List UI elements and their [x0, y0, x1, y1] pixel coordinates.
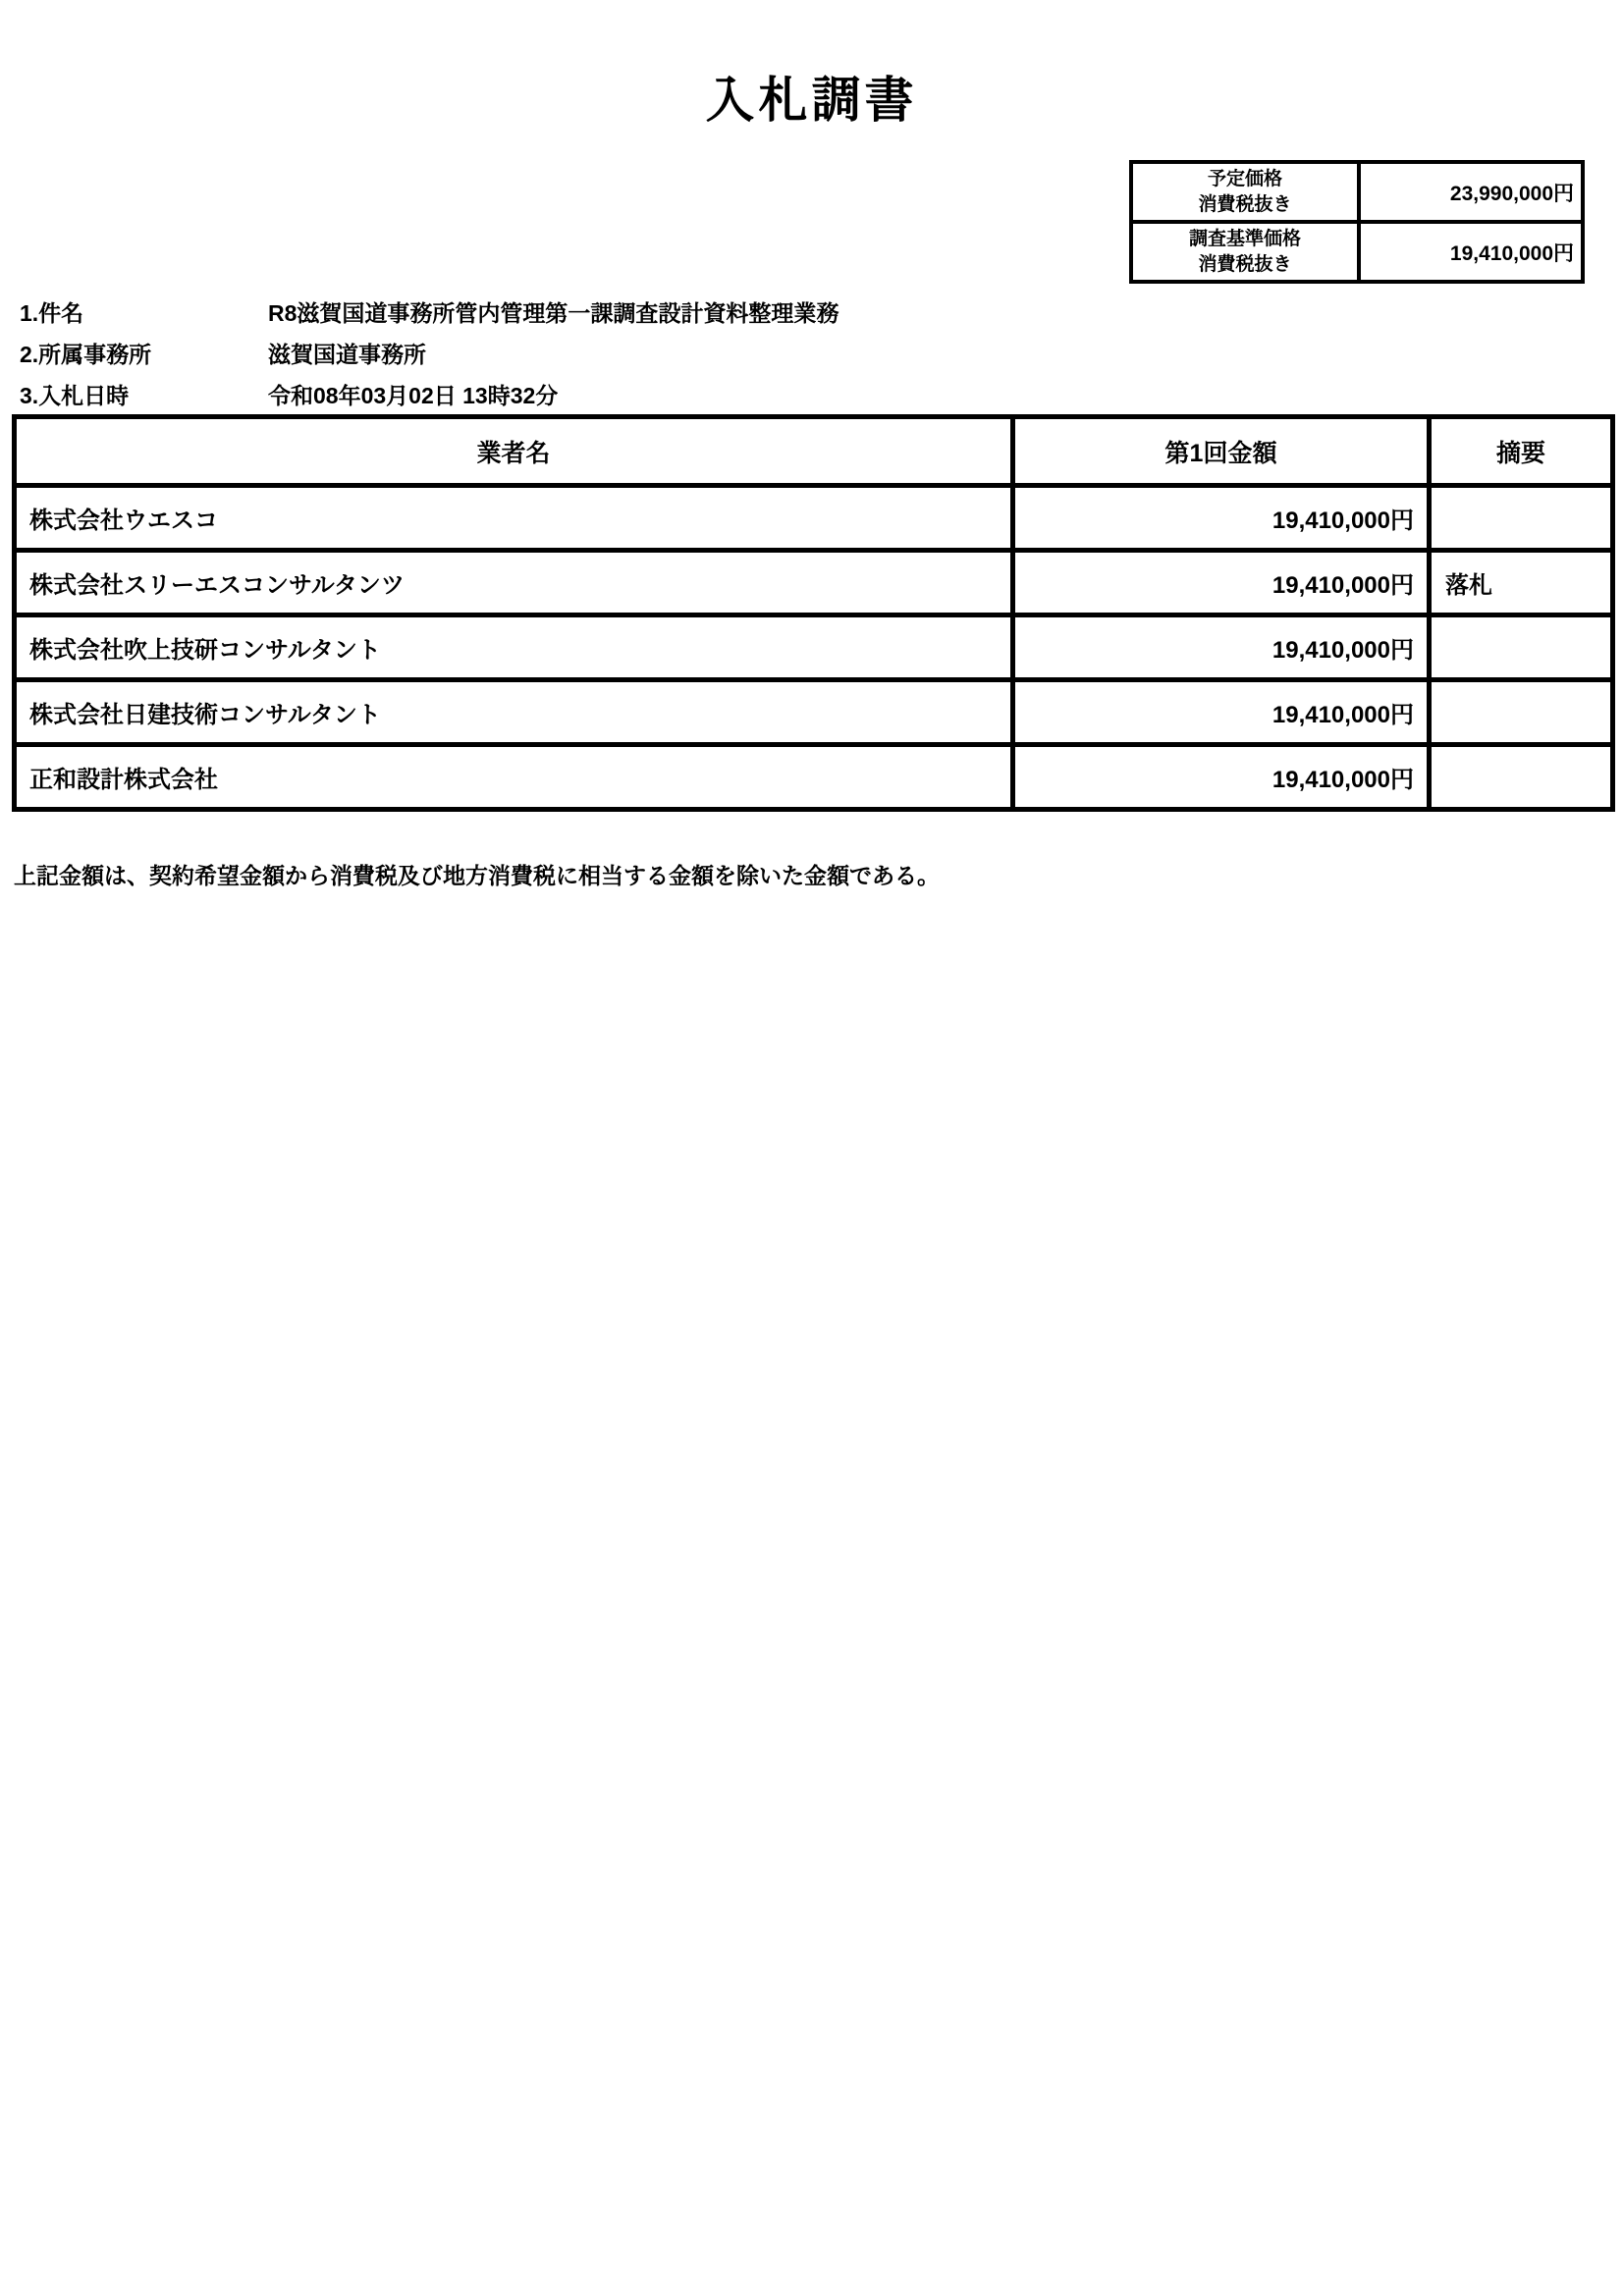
info-item-datetime: 3.入札日時 令和08年03月02日 13時32分: [20, 373, 1296, 414]
survey-base-price-row: 調査基準価格 消費税抜き 19,410,000円: [1131, 222, 1583, 282]
planned-price-label-line1: 予定価格: [1133, 167, 1357, 192]
survey-base-price-value: 19,410,000円: [1359, 222, 1583, 282]
table-row: 株式会社日建技術コンサルタント 19,410,000円: [15, 680, 1613, 745]
info-items: 1.件名 R8滋賀国道事務所管内管理第一課調査設計資料整理業務 2.所属事務所 …: [20, 291, 1296, 414]
vendor-name: 株式会社吹上技研コンサルタント: [15, 615, 1013, 680]
info-item-office-label: 2.所属事務所: [20, 337, 268, 369]
header-first-amount: 第1回金額: [1013, 417, 1430, 486]
header-note: 摘要: [1430, 417, 1613, 486]
table-row: 株式会社スリーエスコンサルタンツ 19,410,000円 落札: [15, 551, 1613, 615]
bid-amount: 19,410,000円: [1013, 486, 1430, 551]
survey-base-price-label-line1: 調査基準価格: [1133, 227, 1357, 252]
header-vendor: 業者名: [15, 417, 1013, 486]
info-item-subject-label: 1.件名: [20, 295, 268, 328]
table-row: 正和設計株式会社 19,410,000円: [15, 745, 1613, 810]
page-title: 入札調書: [0, 61, 1623, 132]
bid-record-document: 入札調書 予定価格 消費税抜き 23,990,000円 調査基準価格 消費税抜き…: [0, 0, 1623, 2296]
table-row: 株式会社ウエスコ 19,410,000円: [15, 486, 1613, 551]
bid-results-table: 業者名 第1回金額 摘要 株式会社ウエスコ 19,410,000円 株式会社スリ…: [12, 414, 1615, 812]
info-item-office-value: 滋賀国道事務所: [268, 337, 1296, 369]
info-item-datetime-label: 3.入札日時: [20, 378, 268, 410]
table-row: 株式会社吹上技研コンサルタント 19,410,000円: [15, 615, 1613, 680]
survey-base-price-label: 調査基準価格 消費税抜き: [1131, 222, 1359, 282]
vendor-name: 株式会社ウエスコ: [15, 486, 1013, 551]
bid-amount: 19,410,000円: [1013, 615, 1430, 680]
footer-note: 上記金額は、契約希望金額から消費税及び地方消費税に相当する金額を除いた金額である…: [14, 858, 940, 890]
bid-amount: 19,410,000円: [1013, 551, 1430, 615]
bid-note: [1430, 615, 1613, 680]
price-summary-table: 予定価格 消費税抜き 23,990,000円 調査基準価格 消費税抜き 19,4…: [1129, 160, 1585, 284]
bid-note: 落札: [1430, 551, 1613, 615]
planned-price-label: 予定価格 消費税抜き: [1131, 162, 1359, 222]
bid-note: [1430, 680, 1613, 745]
info-item-subject: 1.件名 R8滋賀国道事務所管内管理第一課調査設計資料整理業務: [20, 291, 1296, 332]
planned-price-row: 予定価格 消費税抜き 23,990,000円: [1131, 162, 1583, 222]
info-item-office: 2.所属事務所 滋賀国道事務所: [20, 332, 1296, 373]
planned-price-value: 23,990,000円: [1359, 162, 1583, 222]
info-item-subject-value: R8滋賀国道事務所管内管理第一課調査設計資料整理業務: [268, 295, 1296, 328]
bid-note: [1430, 745, 1613, 810]
vendor-name: 正和設計株式会社: [15, 745, 1013, 810]
planned-price-label-line2: 消費税抜き: [1133, 192, 1357, 218]
bid-amount: 19,410,000円: [1013, 745, 1430, 810]
vendor-name: 株式会社スリーエスコンサルタンツ: [15, 551, 1013, 615]
bid-table-header-row: 業者名 第1回金額 摘要: [15, 417, 1613, 486]
survey-base-price-label-line2: 消費税抜き: [1133, 252, 1357, 278]
bid-note: [1430, 486, 1613, 551]
bid-amount: 19,410,000円: [1013, 680, 1430, 745]
info-item-datetime-value: 令和08年03月02日 13時32分: [268, 378, 1296, 410]
vendor-name: 株式会社日建技術コンサルタント: [15, 680, 1013, 745]
